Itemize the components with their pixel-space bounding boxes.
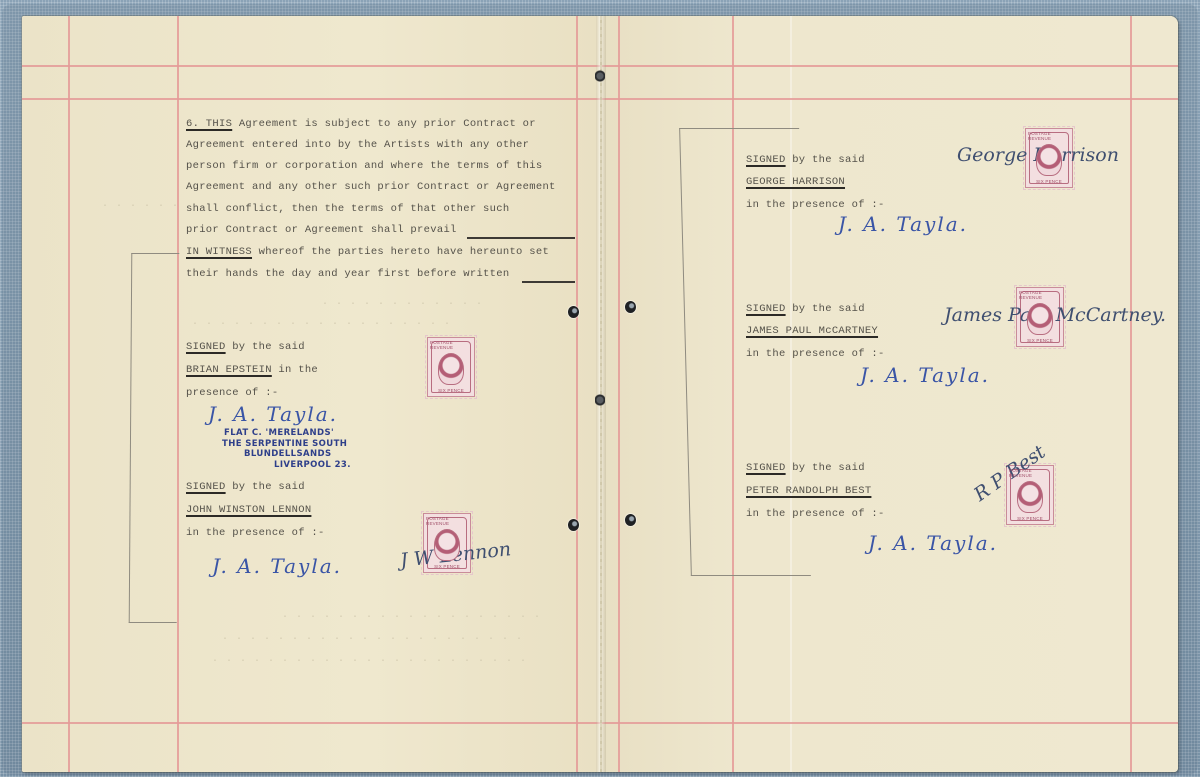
by-the-said: by the said bbox=[786, 154, 865, 166]
signatory-name-line: GEORGE HARRISON bbox=[746, 177, 845, 188]
signatory-name-line: PETER RANDOLPH BEST bbox=[746, 486, 871, 497]
clause-text: whereof the parties hereto have hereunto… bbox=[252, 246, 549, 258]
witness-signature: J. A. Tayla. bbox=[838, 214, 968, 234]
presence-line: presence of :- bbox=[186, 388, 278, 399]
in-witness-heading: IN WITNESS bbox=[186, 246, 252, 258]
margin-rule bbox=[576, 16, 578, 772]
margin-rule bbox=[68, 16, 70, 772]
clause-line: Agreement entered into by the Artists wi… bbox=[186, 140, 529, 151]
signed-label: SIGNED bbox=[186, 481, 226, 493]
stamp-value-text: SIX PENCE bbox=[1027, 339, 1053, 344]
margin-rule bbox=[1130, 16, 1132, 772]
stamp-value-text: SIX PENCE bbox=[1017, 517, 1043, 522]
signed-by-line: SIGNED by the said bbox=[746, 463, 865, 474]
bleed-through-text: · · · · · · bbox=[102, 201, 179, 212]
binding-staple bbox=[595, 394, 605, 406]
artist-signature: James Paul McCartney. bbox=[944, 306, 1166, 325]
signatory-name-line: BRIAN EPSTEIN in the bbox=[186, 365, 318, 376]
clause-line: prior Contract or Agreement shall prevai… bbox=[186, 225, 457, 236]
name-suffix: in the bbox=[272, 364, 318, 376]
queen-portrait-icon bbox=[434, 529, 460, 561]
witness-address: FLAT C. 'MERELANDS' THE SERPENTINE SOUTH… bbox=[222, 428, 351, 471]
clause-line: person firm or corporation and where the… bbox=[186, 161, 542, 172]
by-the-said: by the said bbox=[226, 341, 305, 353]
stamp-top-text: POSTAGE REVENUE bbox=[426, 517, 468, 526]
signed-by-line: SIGNED by the said bbox=[186, 342, 305, 353]
queen-portrait-icon bbox=[1036, 144, 1062, 176]
clause-text: Agreement is subject to any prior Contra… bbox=[232, 118, 536, 130]
stamp-value-text: SIX PENCE bbox=[434, 565, 460, 570]
address-line: BLUNDELLSANDS bbox=[222, 449, 351, 460]
signed-label: SIGNED bbox=[746, 154, 786, 166]
witness-signature: J. A. Tayla. bbox=[860, 365, 990, 385]
bleed-through-text: · · · · · · · · · · · · · · · · · · · · … bbox=[222, 634, 523, 645]
stamp-value-text: SIX PENCE bbox=[438, 389, 464, 394]
bleed-through-text: · · · · · · · · · · · · · · · · · · · bbox=[192, 319, 451, 330]
signatory-name: JAMES PAUL McCARTNEY bbox=[746, 325, 878, 337]
witness-clause-line: IN WITNESS whereof the parties hereto ha… bbox=[186, 247, 549, 258]
signatory-name: GEORGE HARRISON bbox=[746, 176, 845, 188]
signed-label: SIGNED bbox=[186, 341, 226, 353]
signed-by-line: SIGNED by the said bbox=[746, 304, 865, 315]
by-the-said: by the said bbox=[226, 481, 305, 493]
clause-number: 6. THIS bbox=[186, 118, 232, 130]
queen-portrait-icon bbox=[1027, 303, 1053, 335]
signatory-name: BRIAN EPSTEIN bbox=[186, 364, 272, 376]
bleed-through-text: · · · · · · · · · · · · · · · · · · · · … bbox=[212, 656, 527, 667]
presence-line: in the presence of :- bbox=[746, 509, 885, 520]
signatory-name: PETER RANDOLPH BEST bbox=[746, 485, 871, 497]
signed-label: SIGNED bbox=[746, 303, 786, 315]
presence-line: in the presence of :- bbox=[186, 528, 325, 539]
signatory-name: JOHN WINSTON LENNON bbox=[186, 504, 311, 516]
clause-line: 6. THIS Agreement is subject to any prio… bbox=[186, 119, 536, 130]
pencil-bracket bbox=[129, 253, 180, 623]
revenue-stamp: POSTAGE REVENUE SIX PENCE bbox=[427, 337, 475, 397]
queen-portrait-icon bbox=[1017, 481, 1043, 513]
punch-hole bbox=[568, 519, 579, 531]
presence-line: in the presence of :- bbox=[746, 349, 885, 360]
revenue-stamp: POSTAGE REVENUE SIX PENCE bbox=[1006, 465, 1054, 525]
margin-rule bbox=[618, 16, 620, 772]
presence-line: in the presence of :- bbox=[746, 200, 885, 211]
signatory-name-line: JOHN WINSTON LENNON bbox=[186, 505, 311, 516]
bleed-through-text: · · · · · · · · · · · · · · · · · · · bbox=[282, 612, 541, 623]
stamp-top-text: POSTAGE REVENUE bbox=[1019, 291, 1061, 300]
stamp-value-text: SIX PENCE bbox=[1036, 180, 1062, 185]
signed-label: SIGNED bbox=[746, 462, 786, 474]
open-document: · · · · · · · · · · · · · · · · · · · · … bbox=[22, 16, 1178, 772]
stamp-top-text: POSTAGE REVENUE bbox=[1009, 469, 1051, 478]
clause-line: shall conflict, then the terms of that o… bbox=[186, 204, 509, 215]
clause-line: their hands the day and year first befor… bbox=[186, 269, 509, 280]
address-line: THE SERPENTINE SOUTH bbox=[222, 439, 351, 450]
by-the-said: by the said bbox=[786, 303, 865, 315]
punch-hole bbox=[568, 306, 579, 318]
signed-by-line: SIGNED by the said bbox=[746, 155, 865, 166]
witness-signature: J. A. Tayla. bbox=[208, 404, 338, 424]
witness-signature: J. A. Tayla. bbox=[868, 533, 998, 553]
binding-staple bbox=[595, 70, 605, 82]
address-line: FLAT C. 'MERELANDS' bbox=[222, 428, 351, 439]
signed-by-line: SIGNED by the said bbox=[186, 482, 305, 493]
punch-hole bbox=[625, 514, 636, 526]
bleed-through-text: · · · · · · · · · · · · bbox=[322, 299, 483, 310]
fill-line bbox=[522, 281, 575, 283]
fill-line bbox=[467, 237, 575, 239]
clause-line: Agreement and any other such prior Contr… bbox=[186, 182, 556, 193]
by-the-said: by the said bbox=[786, 462, 865, 474]
address-line: LIVERPOOL 23. bbox=[222, 460, 351, 471]
stamp-top-text: POSTAGE REVENUE bbox=[430, 341, 472, 350]
punch-hole bbox=[625, 301, 636, 313]
signatory-name-line: JAMES PAUL McCARTNEY bbox=[746, 326, 878, 337]
stamp-top-text: POSTAGE REVENUE bbox=[1028, 132, 1070, 141]
queen-portrait-icon bbox=[438, 353, 464, 385]
witness-signature: J. A. Tayla. bbox=[212, 556, 342, 576]
